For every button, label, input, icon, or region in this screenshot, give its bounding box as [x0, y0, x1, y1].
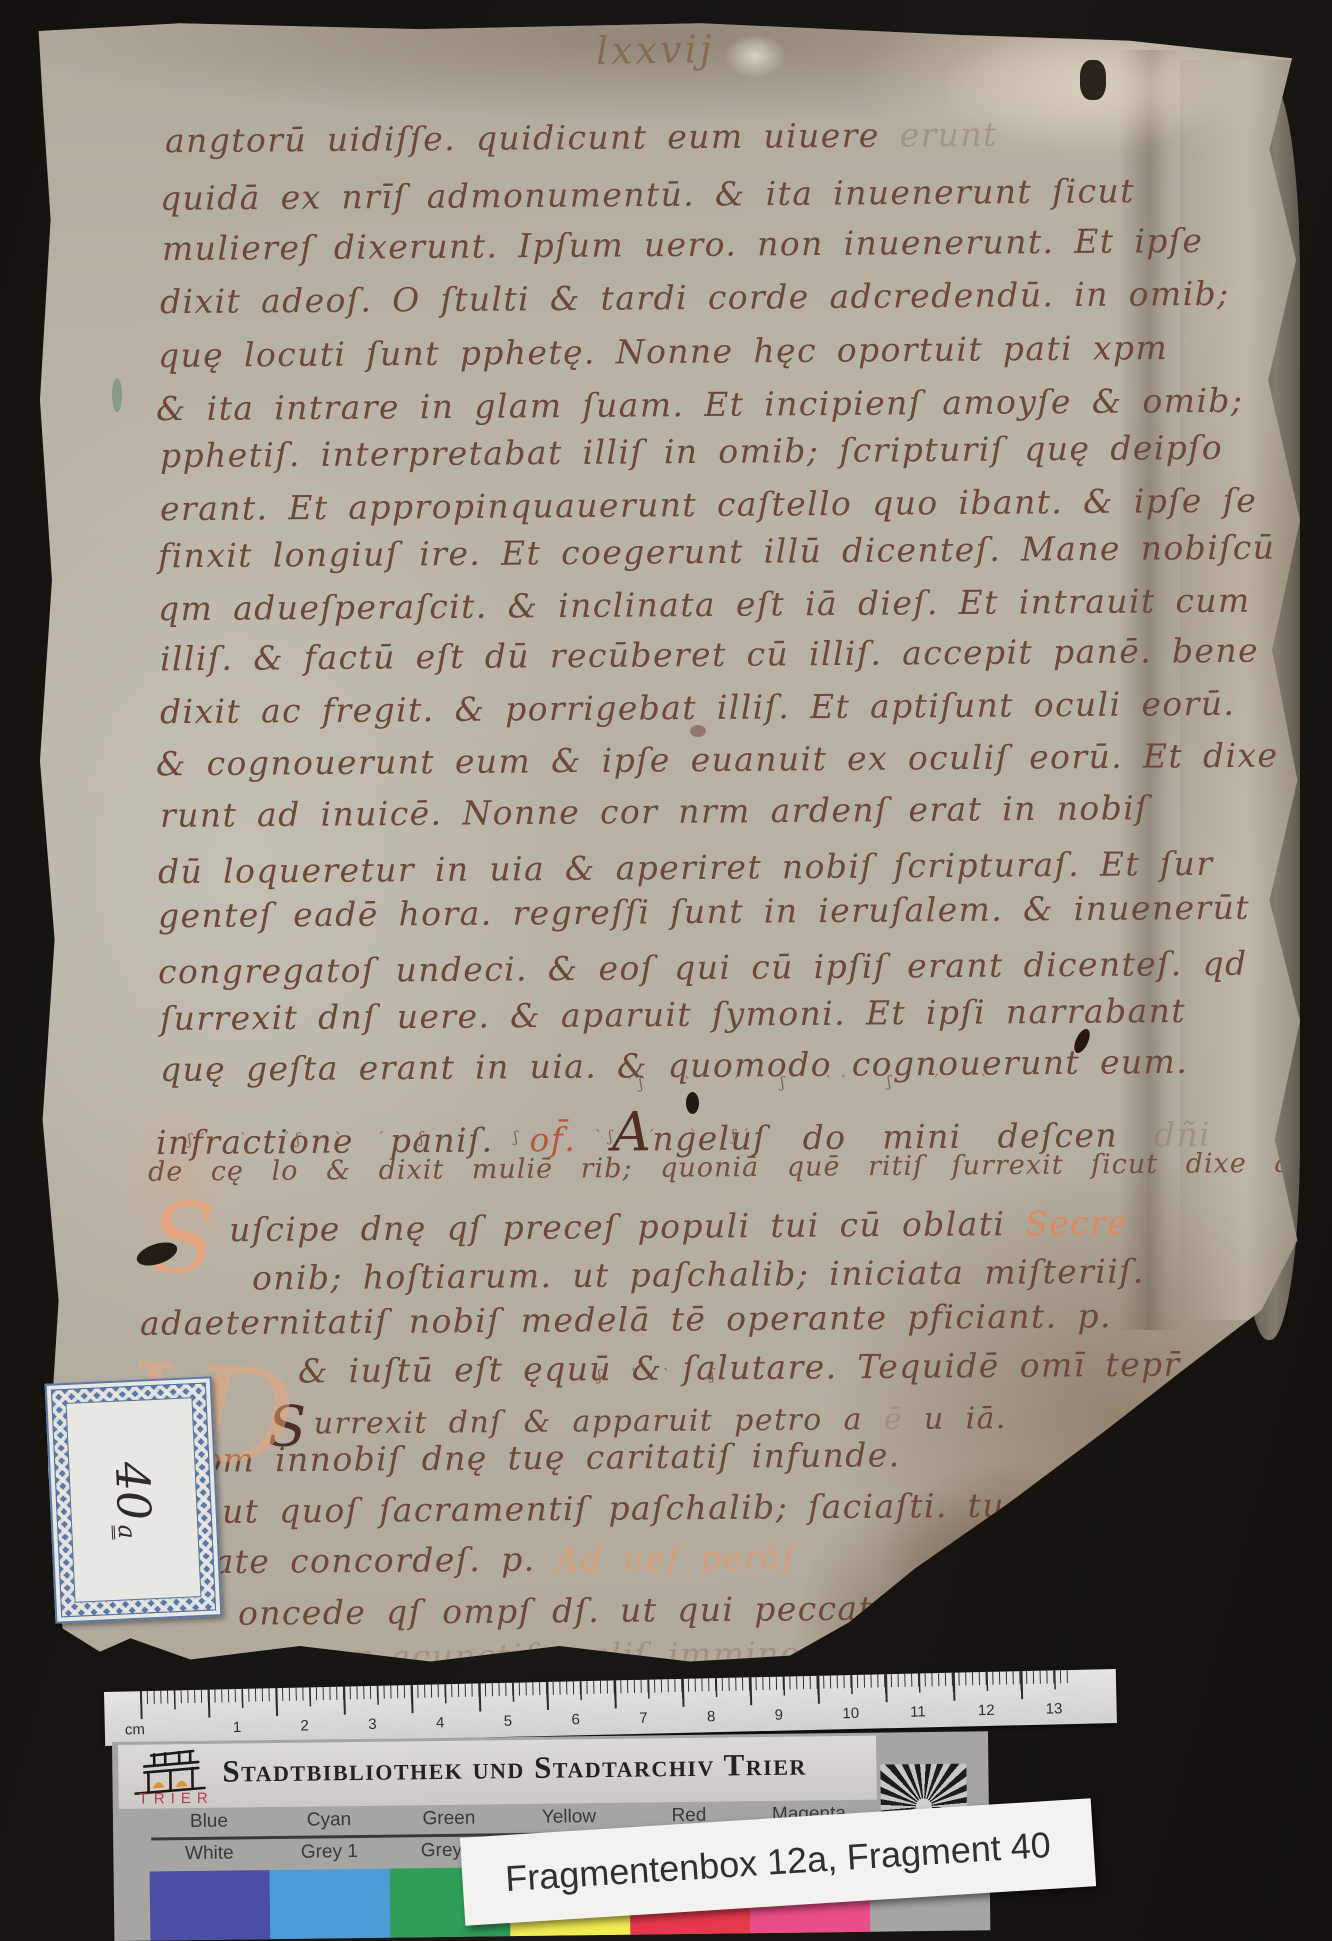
- color-patch: [270, 1869, 391, 1939]
- manuscript-line: & cognouerunt eum & ipſe euanuit ex ocul…: [156, 736, 1279, 784]
- ruler-number: 11: [910, 1703, 926, 1720]
- ruler-number: 6: [571, 1711, 580, 1728]
- manuscript-line: & ita intrare in glam ſuam. Et incipienſ…: [156, 381, 1244, 429]
- ruler-number: 12: [978, 1702, 995, 1719]
- text-segment: dū loqueretur in uia & aperiret nobiſ ſc…: [158, 844, 1214, 891]
- manuscript-line: illiſ. & factū eſt dū recūberet cū illiſ…: [160, 631, 1259, 679]
- manuscript-line: pphetiſ. interpretabat illiſ in omib; ſc…: [160, 428, 1223, 475]
- manuscript-line: runt ad inuicē. Nonne cor nrm ardenſ era…: [160, 788, 1149, 835]
- text-segment: ſurrexit dnſ uere. & aparuit ſymoni. Et …: [160, 991, 1186, 1038]
- manuscript-line: genteſ eadē hora. regreſſi ſunt in ieruſ…: [158, 888, 1250, 936]
- color-patch: [150, 1870, 271, 1940]
- manuscript-line: finxit longiuſ ire. Et coegerunt illū di…: [158, 528, 1276, 576]
- manuscript-line: congregatoſ undeci. & eoſ qui cū ipſiſ e…: [158, 944, 1248, 992]
- ruler-number: 13: [1045, 1700, 1062, 1717]
- manuscript-line: angtorū uidiſſe. quidicunt eum uiuere er…: [165, 115, 998, 161]
- damage-hole: [1080, 60, 1106, 100]
- text-segment: oncede qſ ompſ dſ. ut qui peccatorū nrōr…: [238, 1586, 1185, 1632]
- label-ornate-border: 40 a: [51, 1383, 216, 1618]
- manuscript-line: adaeternitatiſ nobiſ medelā tē operante …: [140, 1296, 1112, 1343]
- folio-number: lxxvij: [596, 27, 715, 73]
- text-segment: mur acunctiſ maliſ imminent: [298, 1634, 838, 1677]
- text-segment: & ita intrare in glam ſuam. Et incipienſ…: [156, 381, 1244, 429]
- green-smudge: [112, 378, 122, 412]
- ruler-unit: cm: [125, 1721, 145, 1738]
- rubric-text: Ad ueſ perăſ: [555, 1538, 795, 1579]
- color-label: Green: [422, 1808, 475, 1831]
- text-segment: quę locuti ſunt pphetę. Nonne hęc oportu…: [158, 328, 1168, 375]
- manuscript-line: mur acunctiſ maliſ imminent: [298, 1634, 838, 1677]
- ruler-number: 8: [707, 1708, 716, 1725]
- text-segment: adaeternitatiſ nobiſ medelā tē operante …: [140, 1296, 1112, 1343]
- text-segment: runt ad inuicē. Nonne cor nrm ardenſ era…: [160, 788, 1149, 835]
- text-segment: ut quoſ ſacramentiſ paſchalib; ſaciaſti.…: [222, 1484, 1202, 1531]
- text-segment: qm adueſperaſcit. & inclinata eſt iā die…: [158, 581, 1251, 629]
- fragment-id-text: Fragmentenbox 12a, Fragment 40: [504, 1824, 1052, 1900]
- institution-title: Stadtbibliothek und Stadtarchiv Trier: [222, 1747, 807, 1790]
- manuscript-line: ut quoſ ſacramentiſ paſchalib; ſaciaſti.…: [222, 1484, 1202, 1531]
- color-label: Yellow: [542, 1806, 596, 1829]
- photo-stage: lxxvij angtorū uidiſſe. quidicunt eum ui…: [0, 0, 1332, 1941]
- text-segment: illiſ. & factū eſt dū recūberet cū illiſ…: [160, 631, 1259, 679]
- shelfmark-number: 40 a: [105, 1460, 162, 1539]
- parchment-fragment: lxxvij angtorū uidiſſe. quidicunt eum ui…: [0, 0, 1332, 1941]
- text-segment: pphetiſ. interpretabat illiſ in omib; ſc…: [160, 428, 1223, 475]
- ruler-number: 9: [775, 1707, 784, 1724]
- neume-marks: ʃ ˊ ˋ ˊʃ ˋ ˊ: [598, 1365, 790, 1385]
- damage-spot: [690, 725, 706, 737]
- manuscript-line: quidā ex nrīſ admonumentū. & ita inuener…: [160, 171, 1135, 218]
- neume-marks: ˊʃ ˋ ˊ ʃ ˋˊ ʃ ˊ ˋ: [626, 1072, 994, 1093]
- text-segment: pm innobiſ dnę tuę caritatiſ infunde.: [200, 1435, 901, 1480]
- ruler-number: 1: [233, 1719, 242, 1736]
- text-segment: erant. Et appropinquauerunt caſtello quo…: [160, 481, 1257, 529]
- grey-label: White: [185, 1843, 234, 1866]
- paper-chip: [724, 34, 786, 78]
- manuscript-line: pm innobiſ dnę tuę caritatiſ infunde.: [200, 1435, 901, 1480]
- ink-speck: [686, 1092, 699, 1114]
- ruler-number: 7: [639, 1710, 648, 1727]
- manuscript-line: oncede qſ ompſ dſ. ut qui peccatorū nrōr…: [238, 1586, 1185, 1632]
- text-segment: muliereſ dixerunt. Ipſum uero. non inuen…: [162, 221, 1204, 268]
- manuscript-line: quę locuti ſunt pphetę. Nonne hęc oportu…: [158, 328, 1168, 375]
- text-segment: finxit longiuſ ire. Et coegerunt illū di…: [158, 528, 1276, 576]
- text-segment: congregatoſ undeci. & eoſ qui cū ipſiſ e…: [158, 944, 1248, 992]
- manuscript-line: Suſcipe dnę qſ preceſ populi tui cū obla…: [150, 1203, 1128, 1250]
- manuscript-line: dixit adeoſ. O ſtulti & tardi corde adcr…: [160, 274, 1230, 321]
- manuscript-line: etate concordeſ. p. Ad ueſ perăſ: [178, 1538, 796, 1582]
- color-label: Blue: [190, 1811, 228, 1833]
- card-header: TRIER Stadtbibliothek und Stadtarchiv Tr…: [118, 1736, 877, 1809]
- text-segment: quidā ex nrīſ admonumentū. & ita inuener…: [160, 171, 1135, 218]
- text-segment: erunt: [880, 115, 998, 155]
- manuscript-line: qm adueſperaſcit. & inclinata eſt iā die…: [158, 581, 1251, 629]
- text-segment: genteſ eadē hora. regreſſi ſunt in ieruſ…: [158, 888, 1250, 936]
- manuscript-line: dū loqueretur in uia & aperiret nobiſ ſc…: [158, 844, 1214, 891]
- text-segment: angtorū uidiſſe. quidicunt eum uiuere: [165, 116, 880, 161]
- ruler-number: 10: [842, 1705, 859, 1722]
- text-segment: u iā.: [924, 1401, 1007, 1437]
- ruler-number: 3: [368, 1716, 377, 1733]
- shelfmark-label: 40 a: [45, 1376, 223, 1623]
- rubric-text: Secre: [1025, 1203, 1128, 1243]
- text-segment: dixit adeoſ. O ſtulti & tardi corde adcr…: [160, 274, 1230, 321]
- ruler-number: 4: [436, 1714, 445, 1731]
- manuscript-line: onib; hoſtiarum. ut paſchalib; iniciata …: [252, 1251, 1145, 1297]
- text-segment: & cognouerunt eum & ipſe euanuit ex ocul…: [156, 736, 1279, 784]
- label-field: 40 a: [66, 1397, 202, 1603]
- trier-wordmark: TRIER: [139, 1790, 214, 1808]
- ruler-number: 5: [504, 1713, 513, 1730]
- ruler-ticks: [140, 1670, 1070, 1721]
- color-label: Cyan: [307, 1809, 352, 1832]
- decorated-initial: S: [150, 1182, 218, 1295]
- text-segment: uſcipe dnę qſ preceſ populi tui cū oblat…: [229, 1204, 1025, 1249]
- manuscript-line: ſurrexit dnſ uere. & aparuit ſymoni. Et …: [160, 991, 1186, 1038]
- shelfmark-suffix: a: [112, 1524, 140, 1540]
- text-segment: ē: [863, 1402, 924, 1437]
- text-segment: onib; hoſtiarum. ut paſchalib; iniciata …: [252, 1251, 1145, 1297]
- manuscript-line: erant. Et appropinquauerunt caſtello quo…: [160, 481, 1257, 529]
- manuscript-line: muliereſ dixerunt. Ipſum uero. non inuen…: [162, 221, 1204, 268]
- ruler-number: 2: [300, 1717, 309, 1734]
- grey-label: Grey 1: [301, 1841, 358, 1864]
- text-segment: etate concordeſ. p.: [178, 1539, 556, 1581]
